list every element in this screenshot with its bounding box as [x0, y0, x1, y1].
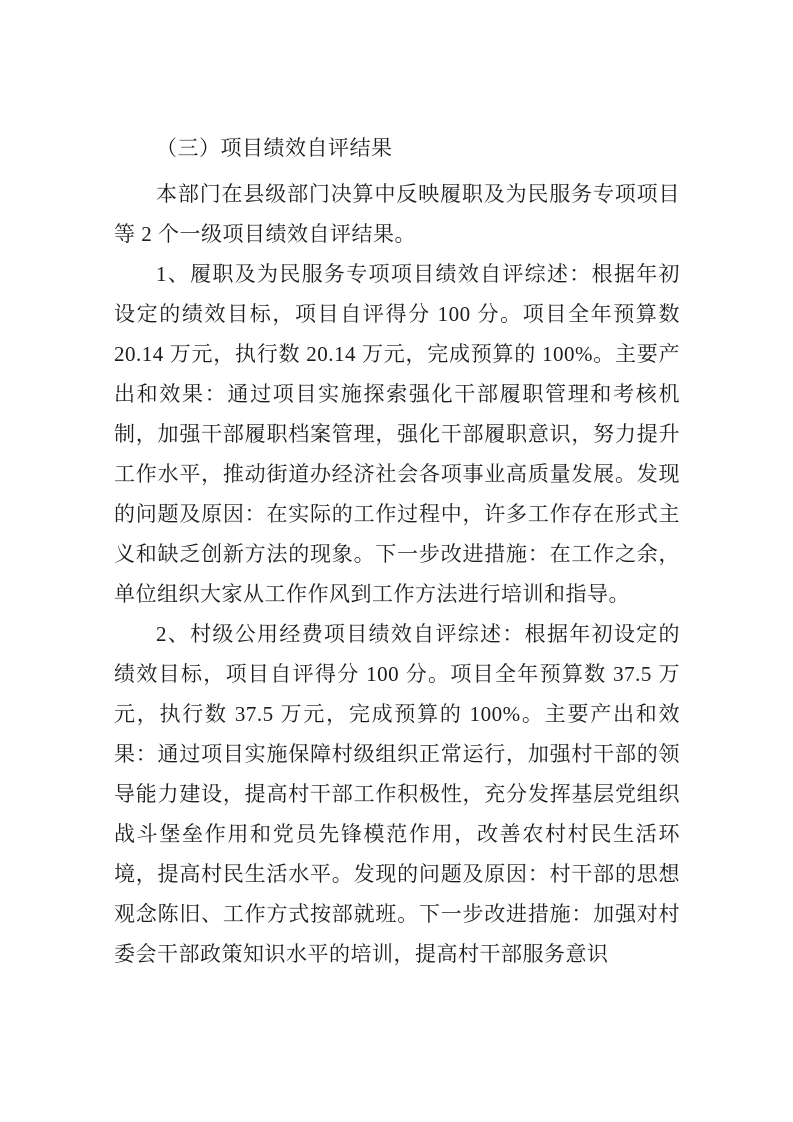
section-heading: （三）项目绩效自评结果 [114, 128, 680, 168]
paragraph-project-2-evaluation: 2、村级公用经费项目绩效自评综述：根据年初设定的绩效目标，项目自评得分 100 … [114, 614, 680, 974]
document-page: （三）项目绩效自评结果 本部门在县级部门决算中反映履职及为民服务专项项目等 2 … [0, 0, 793, 1122]
paragraph-summary-intro: 本部门在县级部门决算中反映履职及为民服务专项项目等 2 个一级项目绩效自评结果。 [114, 174, 680, 254]
document-content: （三）项目绩效自评结果 本部门在县级部门决算中反映履职及为民服务专项项目等 2 … [114, 128, 680, 974]
paragraph-project-1-evaluation: 1、履职及为民服务专项项目绩效自评综述：根据年初设定的绩效目标，项目自评得分 1… [114, 254, 680, 614]
